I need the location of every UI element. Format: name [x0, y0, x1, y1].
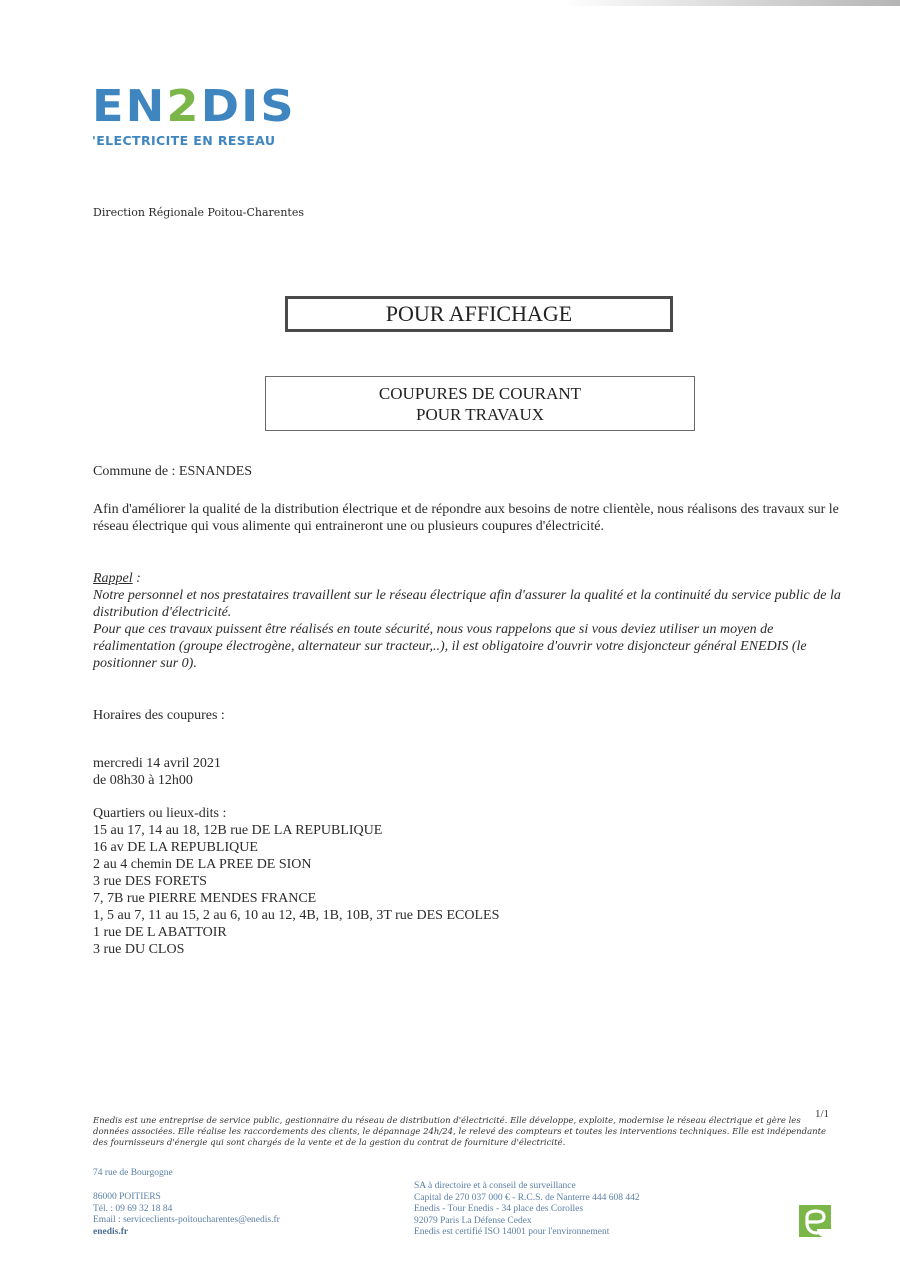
logo-part-en: EN	[92, 81, 166, 132]
company-line: SA à directoire et à conseil de surveill…	[414, 1181, 640, 1193]
title-text: POUR AFFICHAGE	[386, 301, 572, 327]
scan-edge-shadow	[560, 0, 900, 6]
outage-schedule: mercredi 14 avril 2021 de 08h30 à 12h00	[93, 755, 221, 789]
location-item: 1, 5 au 7, 11 au 15, 2 au 6, 10 au 12, 4…	[93, 907, 499, 924]
company-line: Enedis est certifié ISO 14001 pour l'env…	[414, 1227, 640, 1239]
location-item: 16 av DE LA REPUBLIQUE	[93, 839, 499, 856]
rappel-line: Pour que ces travaux puissent être réali…	[93, 621, 853, 672]
subtitle-line-1: COUPURES DE COURANT	[379, 383, 581, 404]
location-item: 15 au 17, 14 au 18, 12B rue DE LA REPUBL…	[93, 822, 499, 839]
logo-part-dis: DIS	[201, 81, 296, 132]
subtitle-box: COUPURES DE COURANT POUR TRAVAUX	[265, 376, 695, 431]
subtitle-line-2: POUR TRAVAUX	[416, 404, 544, 425]
intro-paragraph: Afin d'améliorer la qualité de la distri…	[93, 501, 843, 535]
email[interactable]: Email : serviceclients-poitoucharentes@e…	[93, 1215, 280, 1227]
outage-date: mercredi 14 avril 2021	[93, 755, 221, 772]
location-item: 7, 7B rue PIERRE MENDES FRANCE	[93, 890, 499, 907]
rappel-title: Rappel	[93, 571, 133, 586]
rappel-line: Notre personnel et nos prestataires trav…	[93, 587, 853, 621]
address-city: 86000 POITIERS	[93, 1192, 280, 1204]
contact-block: 86000 POITIERS Tél. : 09 69 32 18 84 Ema…	[93, 1192, 280, 1238]
outage-time: de 08h30 à 12h00	[93, 772, 221, 789]
location-item: 2 au 4 chemin DE LA PREE DE SION	[93, 856, 499, 873]
logo-wordmark: EN2DIS	[92, 85, 296, 129]
locations-label: Quartiers ou lieux-dits :	[93, 805, 499, 822]
location-item: 3 rue DU CLOS	[93, 941, 499, 958]
rappel-section: Rappel : Notre personnel et nos prestata…	[93, 570, 853, 672]
website-link[interactable]: enedis.fr	[93, 1227, 280, 1239]
enedis-logo: EN2DIS 'ELECTRICITE EN RESEAU	[92, 85, 286, 148]
logo-part-e: 2	[166, 81, 200, 132]
legal-notice: Enedis est une entreprise de service pub…	[93, 1116, 833, 1149]
location-item: 1 rue DE L ABATTOIR	[93, 924, 499, 941]
company-line: 92079 Paris La Défense Cedex	[414, 1216, 640, 1228]
title-box: POUR AFFICHAGE	[285, 296, 673, 332]
address-street: 74 rue de Bourgogne	[93, 1168, 173, 1180]
logo-tagline: 'ELECTRICITE EN RESEAU	[92, 133, 286, 148]
commune: Commune de : ESNANDES	[93, 463, 252, 480]
company-line: Enedis - Tour Enedis - 34 place des Coro…	[414, 1204, 640, 1216]
location-item: 3 rue DES FORETS	[93, 873, 499, 890]
phone: Tél. : 09 69 32 18 84	[93, 1204, 280, 1216]
regional-direction: Direction Régionale Poitou-Charentes	[93, 206, 304, 219]
rappel-colon: :	[133, 571, 141, 586]
company-line: Capital de 270 037 000 € - R.C.S. de Nan…	[414, 1193, 640, 1205]
horaires-label: Horaires des coupures :	[93, 707, 225, 724]
locations-list: Quartiers ou lieux-dits : 15 au 17, 14 a…	[93, 805, 499, 958]
enedis-e-icon	[795, 1203, 835, 1239]
company-info: SA à directoire et à conseil de surveill…	[414, 1181, 640, 1239]
